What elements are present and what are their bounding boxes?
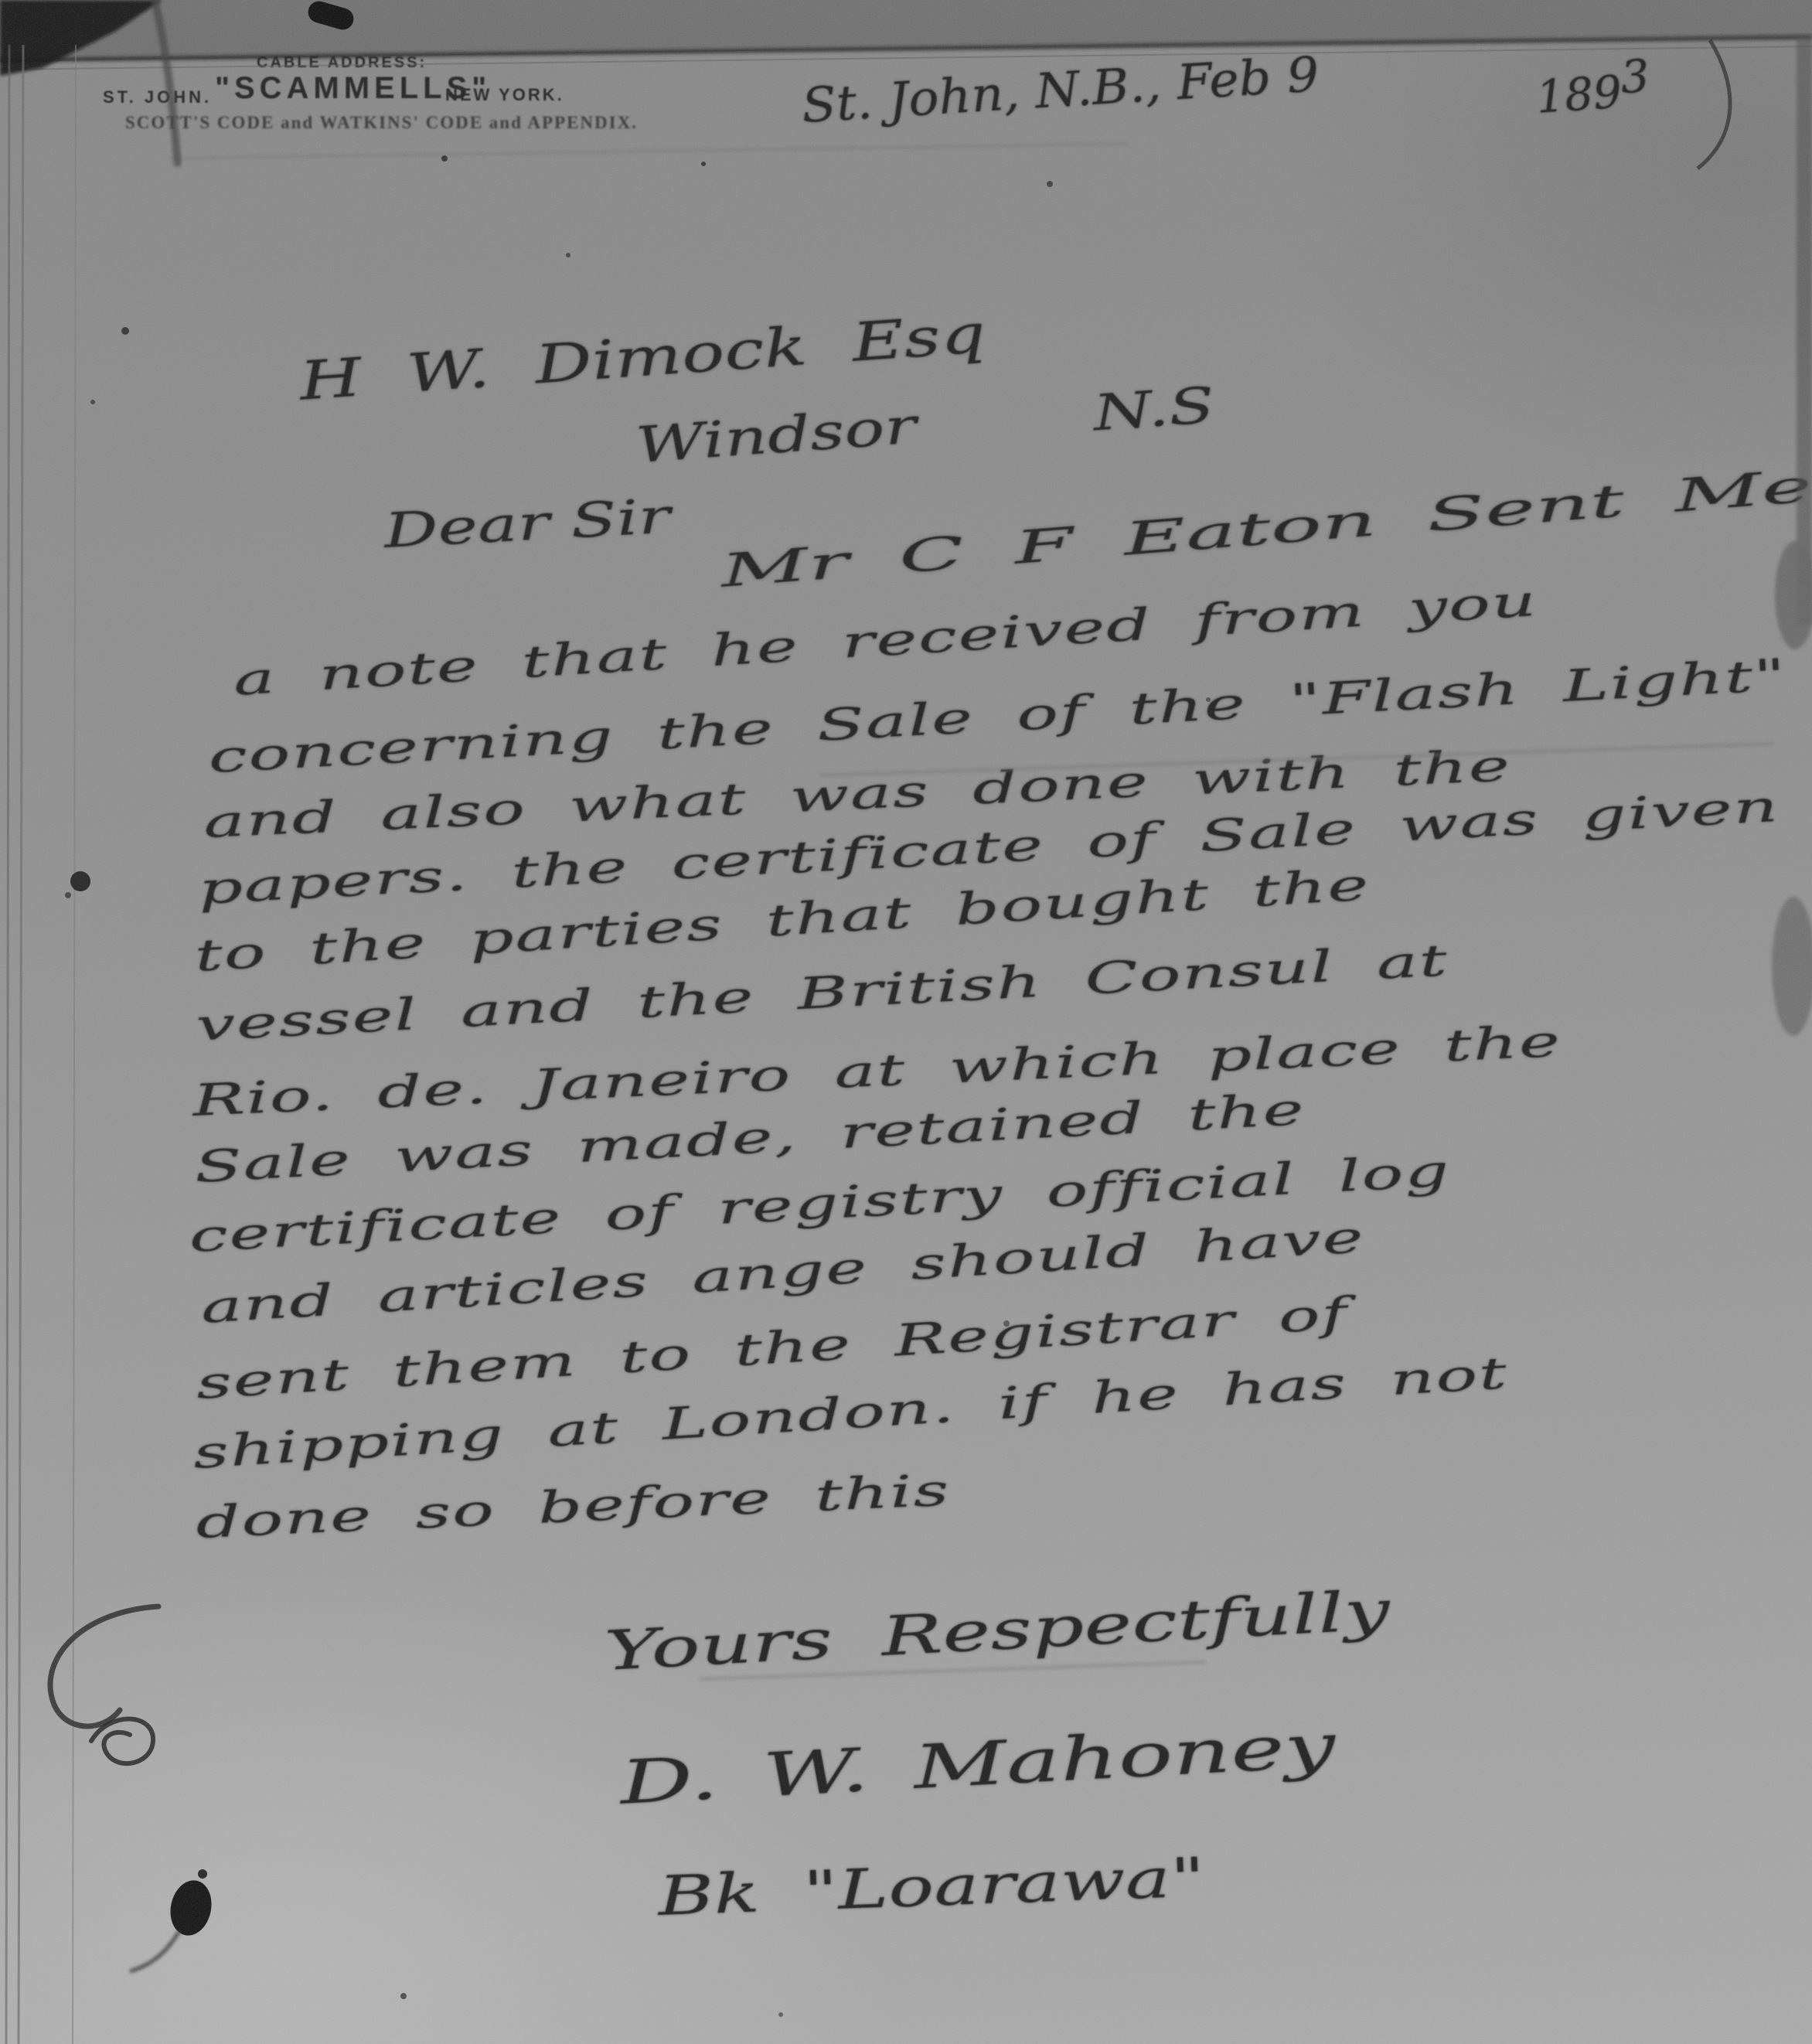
scanned-letter: CABLE ADDRESS: ST. JOHN. "SCAMMELLS" NEW… (0, 0, 1812, 2044)
dateline-year-printed: 189 (1534, 65, 1623, 124)
codes-line: SCOTT'S CODE and WATKINS' CODE and APPEN… (125, 113, 638, 133)
dateline-year: 1893 (1534, 63, 1652, 124)
office-city-right: NEW YORK. (445, 85, 564, 105)
cable-address-label: CABLE ADDRESS: (257, 54, 427, 72)
office-city-left: ST. JOHN. (103, 87, 212, 107)
dateline-year-written: 3 (1619, 49, 1651, 104)
